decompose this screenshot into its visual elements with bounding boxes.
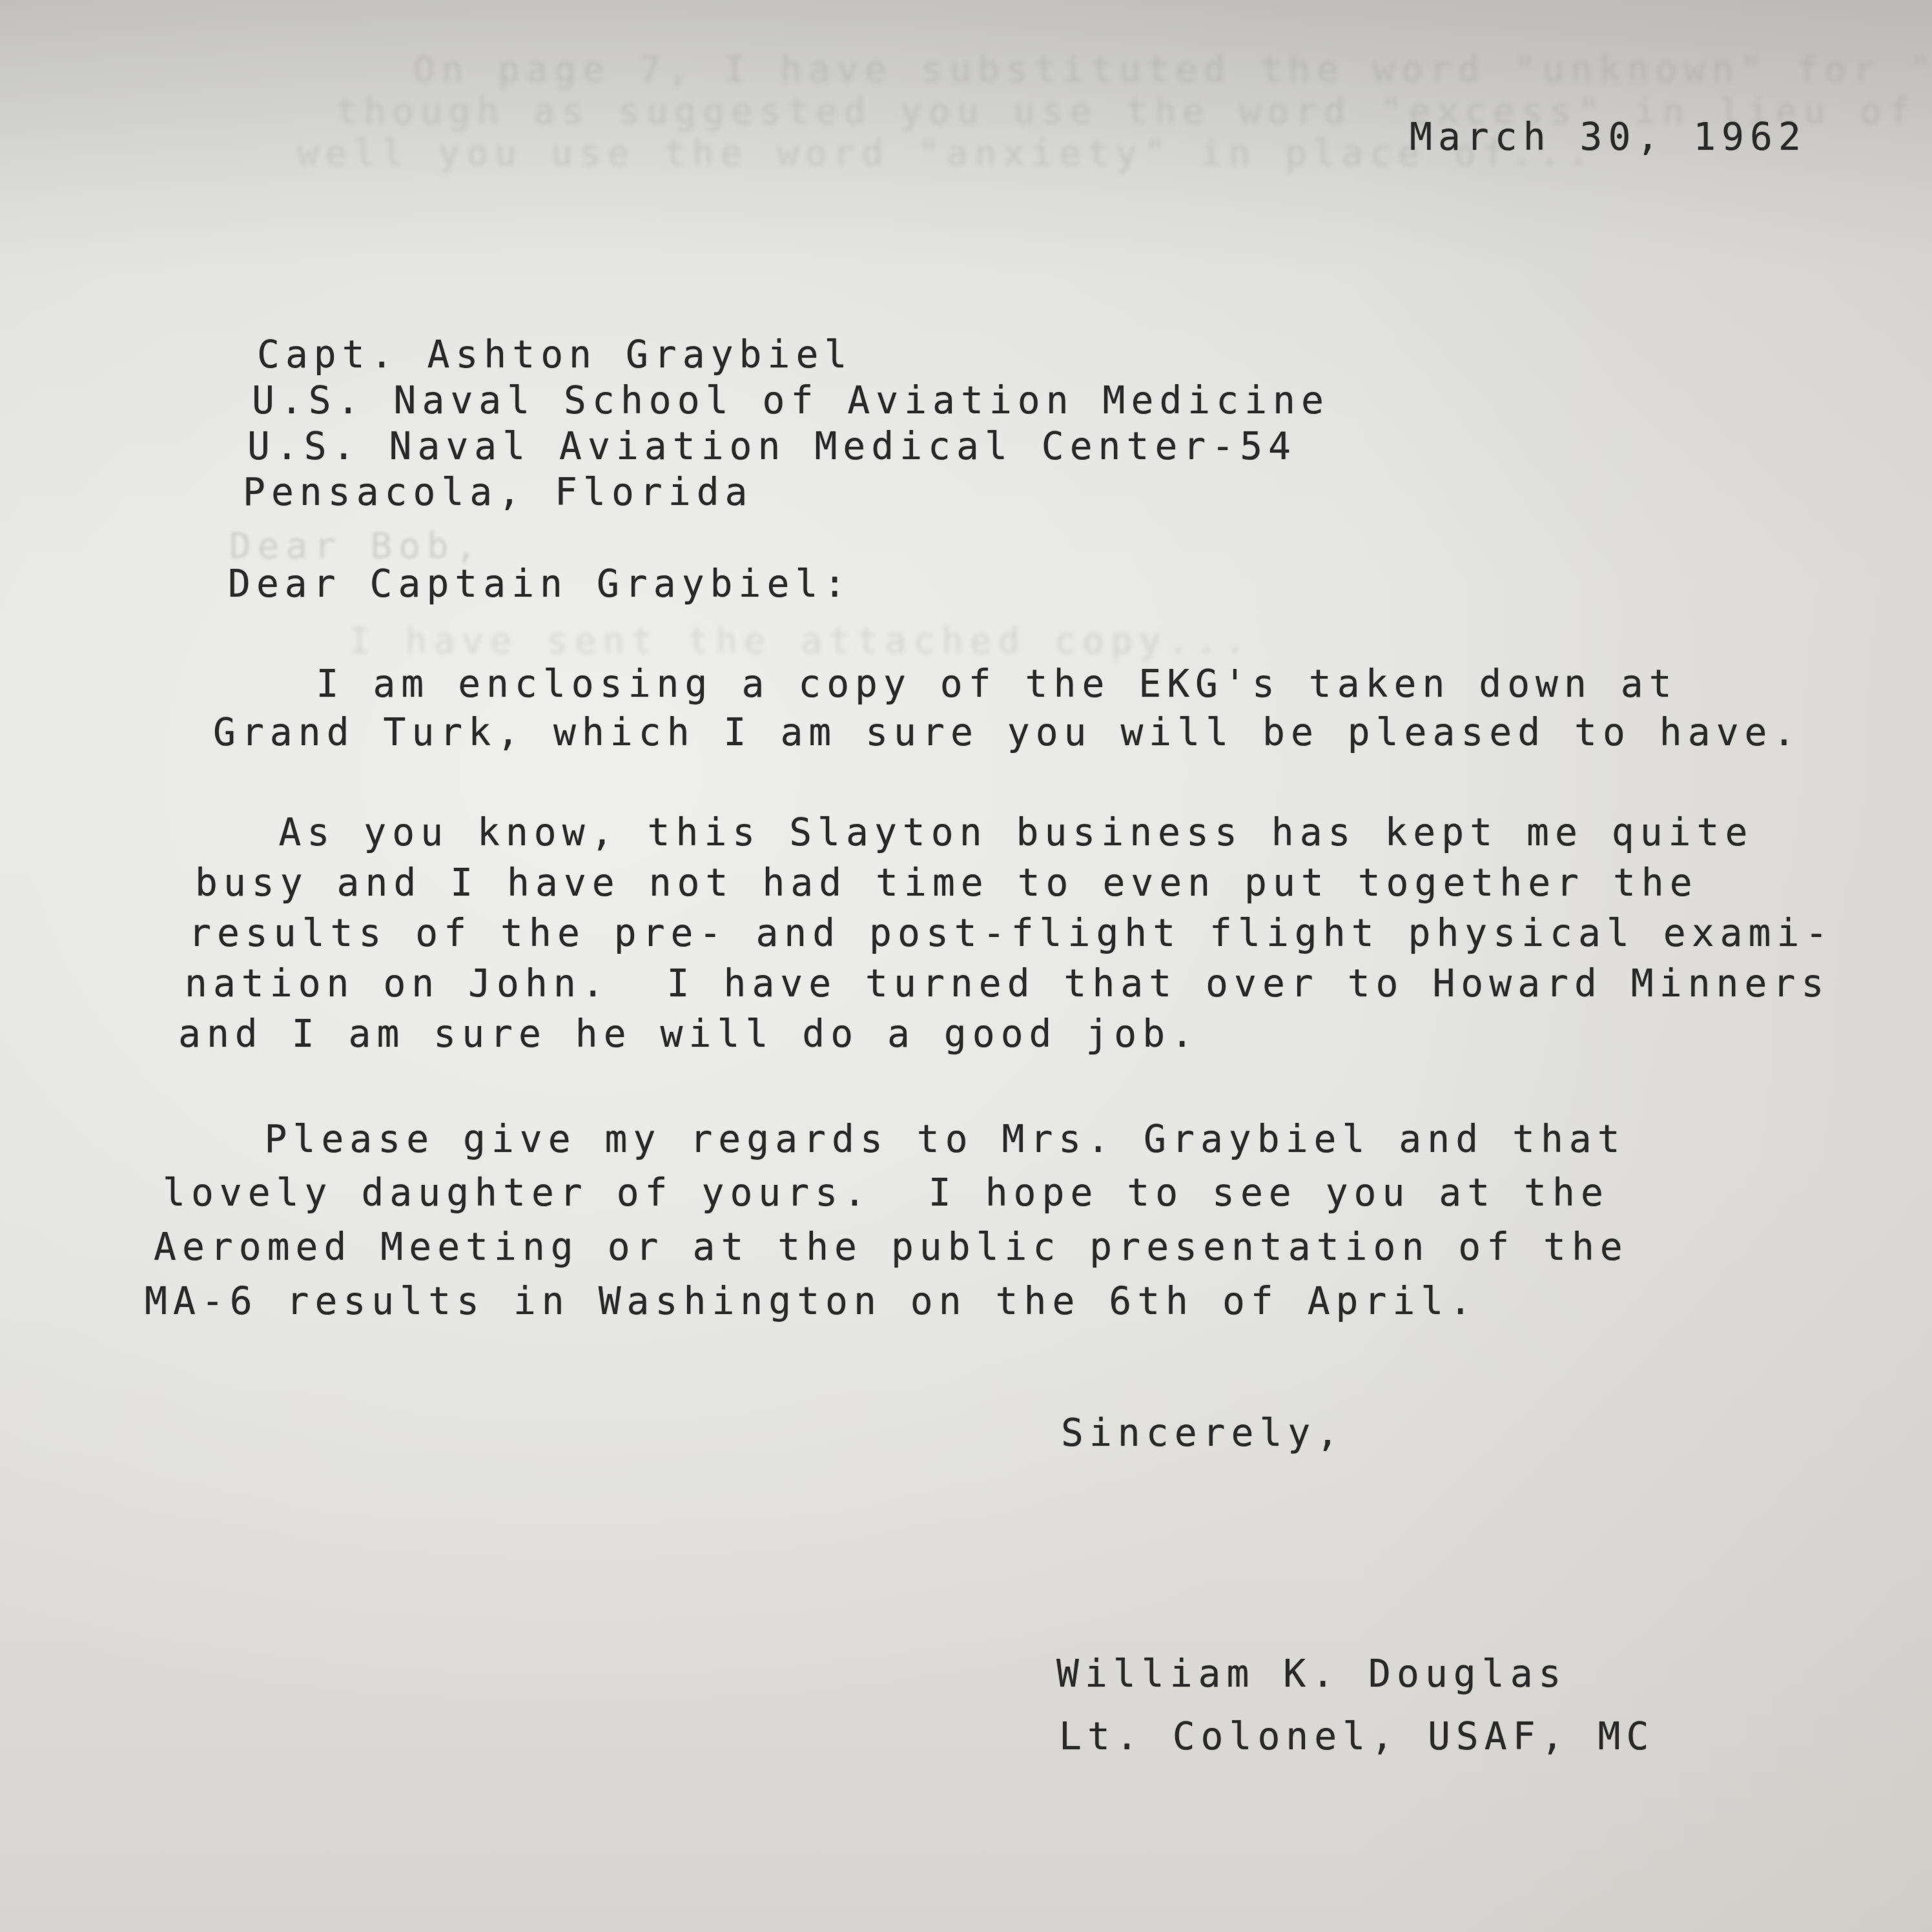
signer-name: William K. Douglas xyxy=(1056,1655,1567,1692)
recipient-line: Capt. Ashton Graybiel xyxy=(257,336,852,373)
salutation: Dear Captain Graybiel: xyxy=(228,565,852,602)
paragraph-line: MA-6 results in Washington on the 6th of… xyxy=(145,1282,1477,1320)
paragraph-line: Aeromed Meeting or at the public present… xyxy=(154,1228,1629,1266)
paragraph-line: Grand Turk, which I am sure you will be … xyxy=(213,714,1801,751)
recipient-line: U.S. Naval School of Aviation Medicine xyxy=(252,382,1330,419)
paragraph-line: Please give my regards to Mrs. Graybiel … xyxy=(123,1120,1626,1158)
show-through-line: On page 7, I have substituted the word "… xyxy=(413,52,1932,88)
letter-page: On page 7, I have substituted the word "… xyxy=(0,0,1932,1932)
show-through-line: I have sent the attached copy... xyxy=(349,623,1252,659)
recipient-line: U.S. Naval Aviation Medical Center-54 xyxy=(247,427,1297,465)
show-through-salutation: Dear Bob, xyxy=(229,528,483,564)
paragraph-line: As you know, this Slayton business has k… xyxy=(137,814,1753,851)
closing: Sincerely, xyxy=(1061,1414,1344,1452)
paragraph-line: I am enclosing a copy of the EKG's taken… xyxy=(174,665,1678,703)
show-through-line: well you use the word "anxiety" in place… xyxy=(297,136,1596,172)
paragraph-line: and I am sure he will do a good job. xyxy=(178,1015,1199,1053)
paragraph-line: busy and I have not had time to even put… xyxy=(195,864,1698,901)
signer-title: Lt. Colonel, USAF, MC xyxy=(1059,1718,1654,1755)
paragraph-line: nation on John. I have turned that over … xyxy=(185,965,1829,1002)
recipient-line: Pensacola, Florida xyxy=(243,473,754,511)
letter-date: March 30, 1962 xyxy=(1410,118,1807,156)
paragraph-line: results of the pre- and post-flight flig… xyxy=(189,914,1833,952)
paragraph-line: lovely daughter of yours. I hope to see … xyxy=(163,1174,1609,1211)
